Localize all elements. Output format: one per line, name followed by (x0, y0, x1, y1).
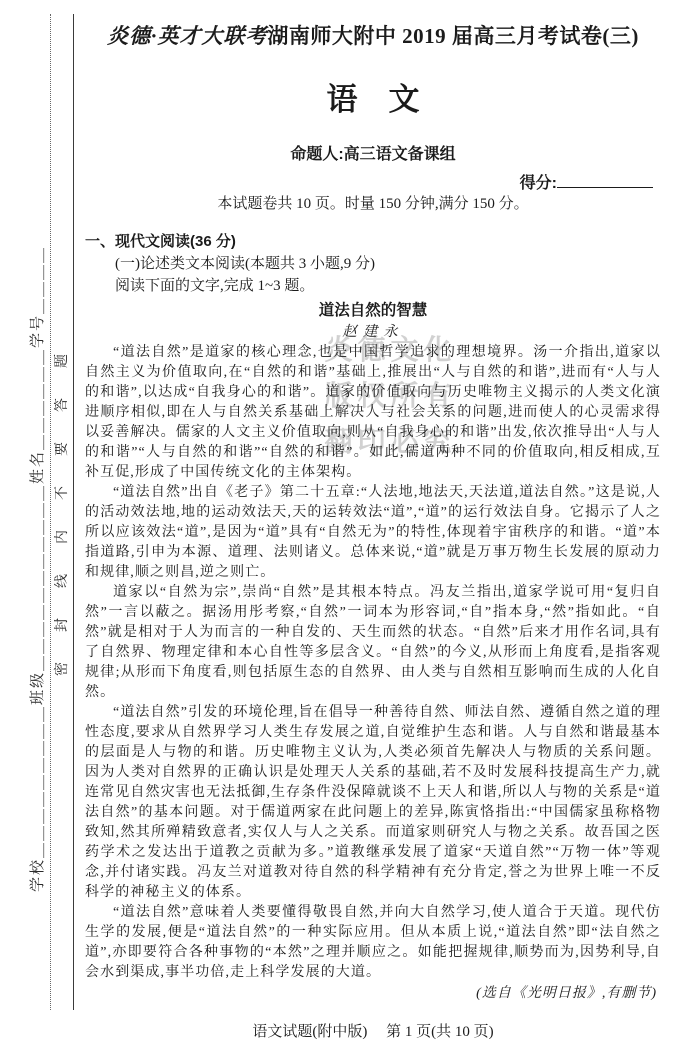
exam-info-line: 本试题卷共 10 页。时量 150 分钟,满分 150 分。 (85, 192, 661, 213)
article-paragraph: “道法自然”意味着人类要懂得敬畏自然,并向大自然学习,使人道合于天道。现代仿生学… (85, 903, 661, 983)
article-paragraph: “道法自然”引发的环境伦理,旨在倡导一种善待自然、师法自然、遵循自然之道的理性态… (85, 703, 661, 903)
article-author: 赵建永 (85, 322, 661, 342)
section-heading: 一、现代文阅读(36 分) (85, 231, 661, 253)
article-paragraph: “道法自然”是道家的核心理念,也是中国哲学追求的理想境界。汤一介指出,道家以自然… (85, 343, 661, 483)
article-paragraph: “道法自然”出自《老子》第二十五章:“人法地,地法天,天法道,道法自然。”这是说… (85, 483, 661, 583)
subsection-heading: (一)论述类文本阅读(本题共 3 小题,9 分) (85, 253, 661, 275)
seal-instruction: 密封线内不要答题 (51, 286, 71, 676)
setter-line: 命题人:高三语文备课组 (85, 141, 661, 164)
article-title: 道法自然的智慧 (85, 300, 661, 322)
score-label: 得分: (520, 175, 557, 192)
main-content: 炎德·英才大联考湖南师大附中 2019 届高三月考试卷(三) 语 文 命题人:高… (85, 20, 661, 1005)
page-border-line (73, 14, 74, 1010)
exam-title-text: 湖南师大附中 2019 届高三月考试卷(三) (267, 24, 639, 48)
student-info-labels: 学校＿＿＿＿＿＿＿＿＿班级＿＿＿＿＿＿＿＿＿＿＿姓名＿＿＿＿＿＿学号＿＿＿＿ (26, 184, 48, 892)
page-footer: 语文试题(附中版) 第 1 页(共 10 页) (85, 1020, 661, 1041)
subject-title: 语 文 (85, 74, 661, 119)
score-blank (557, 173, 653, 188)
exam-paper-page: 炎德文化 版权所有 翻印必究 学校＿＿＿＿＿＿＿＿＿班级＿＿＿＿＿＿＿＿＿＿＿姓… (0, 0, 688, 1056)
header-title: 炎德·英才大联考湖南师大附中 2019 届高三月考试卷(三) (85, 20, 661, 50)
source-note: (选自《光明日报》,有删节) (85, 983, 661, 1005)
article-body: “道法自然”是道家的核心理念,也是中国哲学追求的理想境界。汤一介指出,道家以自然… (85, 343, 661, 983)
reading-instruction: 阅读下面的文字,完成 1~3 题。 (85, 275, 661, 297)
article-paragraph: 道家以“自然为宗”,崇尚“自然”是其根本特点。冯友兰指出,道家学说可用“复归自然… (85, 583, 661, 703)
brand-mark: 炎德·英才大联考 (107, 24, 267, 48)
score-row: 得分: (85, 170, 661, 192)
